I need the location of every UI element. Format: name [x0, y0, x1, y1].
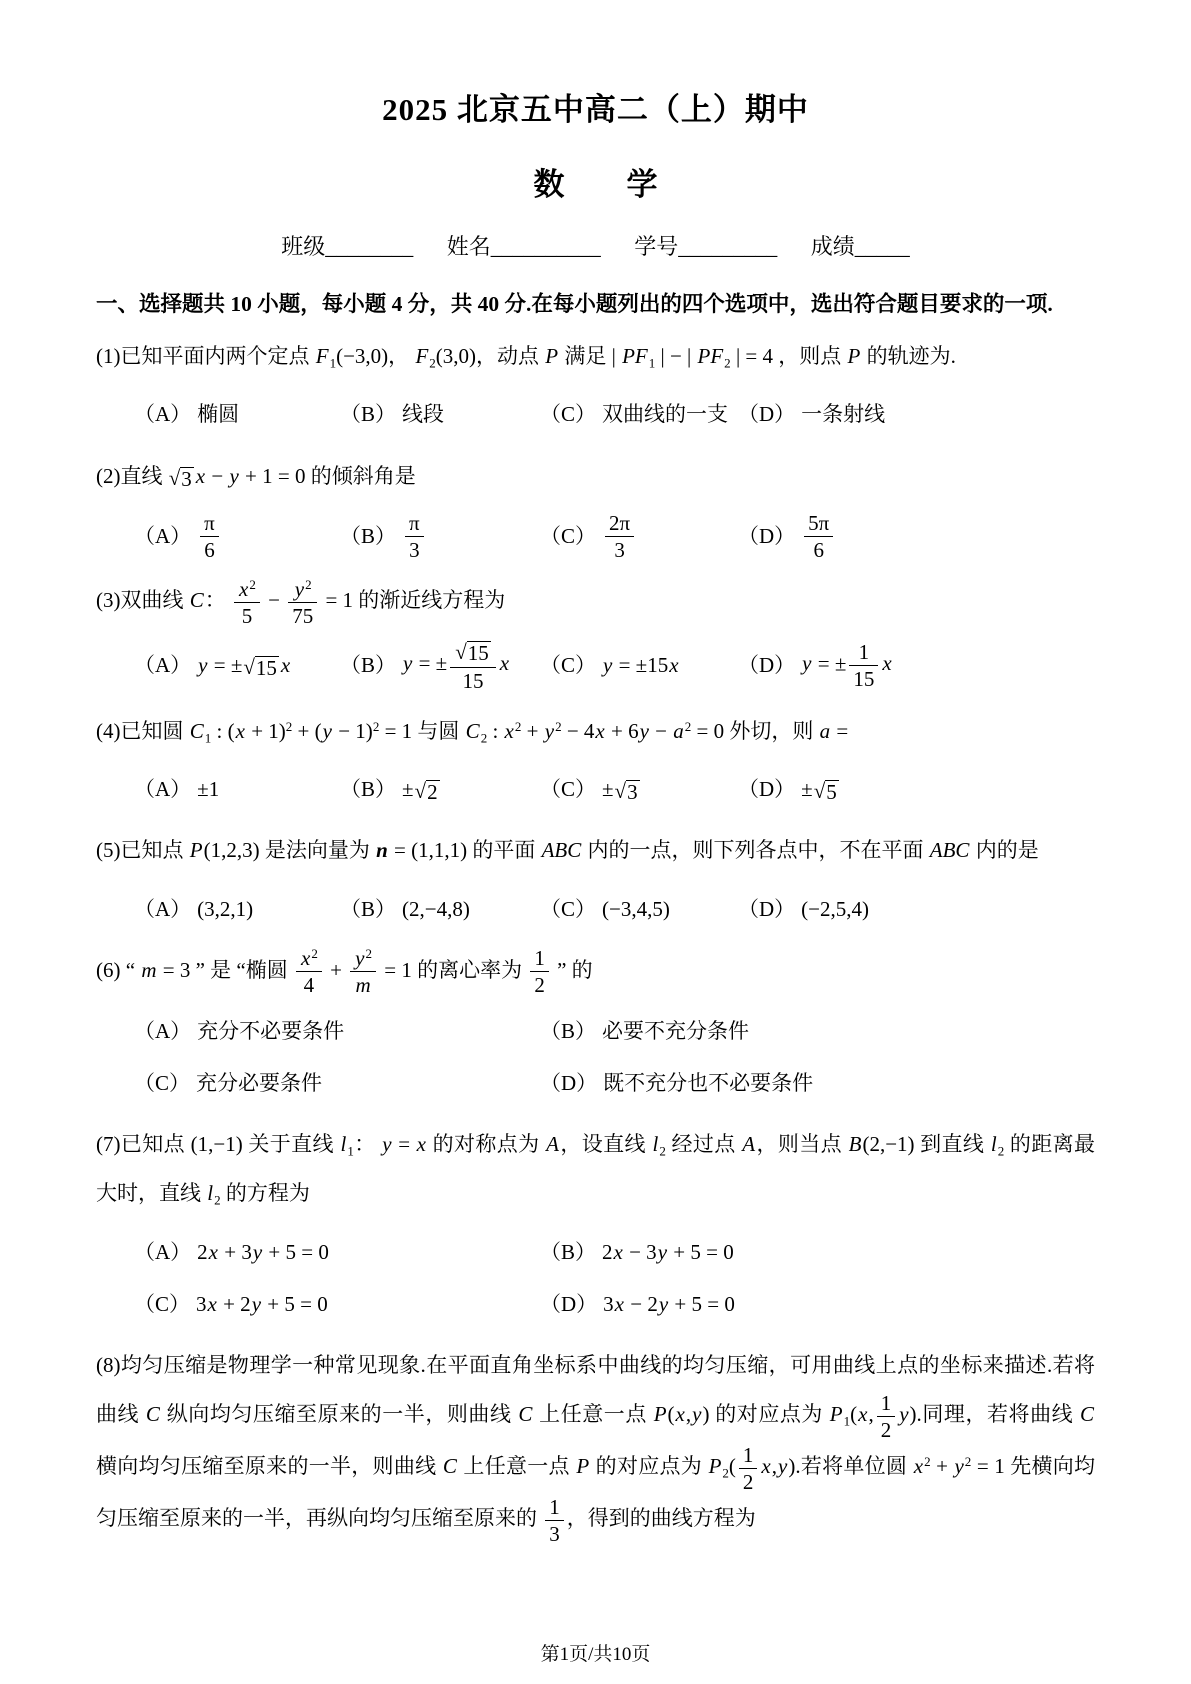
text-run: = 0 外切，则	[691, 719, 818, 743]
superscript: 2	[366, 946, 373, 961]
text-run: (	[729, 1454, 736, 1478]
math-variable: x	[280, 653, 291, 677]
superscript: 2	[311, 946, 318, 961]
question-6-option-a: （A）充分不必要条件	[134, 1008, 540, 1054]
math-variable: C	[465, 719, 481, 743]
option-label: （D）	[540, 1060, 597, 1106]
question-2-option-b: （B）π3	[340, 511, 540, 562]
math-variable: y	[544, 719, 555, 743]
math-variable: x	[614, 1292, 625, 1316]
math-variable: x	[416, 1132, 427, 1156]
math-variable: x	[675, 1402, 686, 1426]
option-content: 既不充分也不必要条件	[603, 1060, 813, 1106]
math-variable: x	[499, 651, 510, 675]
option-content: (3,2,1)	[197, 886, 253, 932]
math-variable: m	[355, 973, 372, 997]
score-label: 成绩	[811, 234, 855, 259]
text-run: (1,2,3) 是法向量为	[204, 838, 376, 862]
option-label: （D）	[738, 766, 795, 812]
math-variable: y	[898, 1402, 909, 1426]
text-run: 线段	[402, 402, 444, 426]
text-run: 2	[427, 780, 438, 804]
math-variable: B	[848, 1132, 863, 1156]
text-run: (2,−1) 到直线	[862, 1132, 989, 1156]
option-content: (−2,5,4)	[801, 886, 869, 932]
fraction-denominator: 2	[530, 972, 549, 997]
fraction-denominator: 4	[296, 972, 322, 997]
student-id-label: 学号	[634, 234, 678, 259]
question-3-option-d: （D）y = ±115x	[738, 638, 1095, 693]
option-label: （B）	[340, 391, 396, 437]
question-1-option-b: （B）线段	[340, 391, 540, 437]
text-run: ±1	[197, 777, 219, 801]
fraction-numerator: 1	[545, 1495, 564, 1521]
radical: √5	[814, 780, 839, 805]
text-run: 15	[256, 656, 277, 680]
text-run: 6	[813, 538, 824, 562]
fraction-numerator: y2	[288, 577, 317, 603]
text-run: =	[393, 1132, 416, 1156]
text-run: ±	[602, 777, 614, 801]
question-7-option-a: （A）2x + 3y + 5 = 0	[134, 1229, 540, 1275]
option-content: ±1	[197, 766, 219, 812]
question-6-option-d: （D）既不充分也不必要条件	[540, 1060, 1095, 1106]
text-run: 2	[743, 1470, 754, 1494]
radical: √15	[243, 656, 279, 681]
superscript: 2	[249, 577, 256, 592]
radicand: 15	[255, 656, 279, 681]
text-run: ,	[868, 1402, 873, 1426]
text-run: 2	[602, 1240, 613, 1264]
radical-sign: √	[615, 780, 627, 804]
math-variable: x	[668, 653, 679, 677]
text-run: 3	[627, 780, 638, 804]
option-label: （D）	[738, 391, 795, 437]
radical-sign: √	[455, 641, 467, 665]
fraction-numerator: π	[200, 511, 219, 537]
question-1: (1)已知平面内两个定点 F1(−3,0)， F2(3,0)，动点 P 满足 |…	[96, 332, 1095, 438]
question-3-option-b: （B）y = ±√1515x	[340, 638, 540, 693]
radical: √3	[615, 780, 640, 805]
math-variable: y	[658, 1292, 669, 1316]
question-6: (6) “ m = 3 ” 是 “椭圆 x24 + y2m = 1 的离心率为 …	[96, 946, 1095, 1106]
math-variable: PF	[621, 344, 649, 368]
fraction-numerator: 1	[849, 640, 878, 666]
question-5-option-b: （B）(2,−4,8)	[340, 886, 540, 932]
text-run: 椭圆	[197, 402, 239, 426]
question-5-option-a: （A）(3,2,1)	[134, 886, 340, 932]
text-run: + 5 = 0	[263, 1240, 329, 1264]
option-content: y = ±√1515x	[402, 638, 510, 693]
math-variable: a	[672, 719, 685, 743]
option-content: 2π3	[602, 511, 637, 562]
question-1-stem: (1)已知平面内两个定点 F1(−3,0)， F2(3,0)，动点 P 满足 |…	[96, 332, 1095, 381]
option-label: （A）	[134, 391, 191, 437]
option-content: ±√2	[402, 766, 441, 812]
question-7-option-d: （D）3x − 2y + 5 = 0	[540, 1281, 1095, 1327]
radical: √15	[455, 641, 491, 666]
math-variable: x	[613, 1240, 624, 1264]
question-2: (2)直线 √3x − y + 1 = 0 的倾斜角是（A）π6（B）π3（C）…	[96, 452, 1095, 563]
text-run: + 2	[218, 1292, 251, 1316]
fraction-numerator: 1	[530, 946, 549, 972]
math-variable: x	[504, 719, 515, 743]
fraction-numerator: 2π	[605, 511, 634, 537]
question-8-stem: (8)均匀压缩是物理学一种常见现象.在平面直角坐标系中曲线的均匀压缩，可用曲线上…	[96, 1341, 1095, 1546]
fraction: x25	[234, 577, 260, 628]
fraction-denominator: 3	[605, 537, 634, 562]
question-3-stem: (3)双曲线 C： x25 − y275 = 1 的渐近线方程为	[96, 576, 1095, 628]
option-label: （A）	[134, 642, 191, 688]
question-4: (4)已知圆 C1 : (x + 1)2 + (y − 1)2 = 1 与圆 C…	[96, 707, 1095, 813]
text-run: (6) “	[96, 958, 140, 982]
math-variable: x	[195, 464, 206, 488]
option-content: y = ±115x	[801, 640, 893, 691]
question-7-option-b: （B）2x − 3y + 5 = 0	[540, 1229, 1095, 1275]
fraction-denominator: m	[350, 972, 376, 997]
name-field: 姓名__________	[447, 230, 601, 261]
question-2-options: （A）π6（B）π3（C）2π3（D）5π6	[134, 511, 1095, 562]
text-run: 2π	[609, 511, 630, 535]
text-run: 75	[292, 604, 313, 628]
text-run: (4)已知圆	[96, 719, 189, 743]
text-run: 纵向均匀压缩至原来的一半，则曲线	[161, 1402, 517, 1426]
option-content: π6	[197, 511, 222, 562]
math-variable: a	[819, 719, 832, 743]
student-id-blank: _________	[678, 234, 777, 259]
math-variable: A	[545, 1132, 560, 1156]
radical-sign: √	[814, 780, 826, 804]
text-run: : (	[211, 719, 234, 743]
math-variable: P	[575, 1454, 590, 1478]
text-run: (	[668, 1402, 675, 1426]
question-1-option-a: （A）椭圆	[134, 391, 340, 437]
text-run: = ±	[813, 651, 847, 675]
text-run: (7)已知点 (1,−1) 关于直线	[96, 1132, 339, 1156]
option-content: 椭圆	[197, 391, 239, 437]
name-blank: __________	[491, 234, 601, 259]
math-variable: x	[207, 1292, 218, 1316]
math-variable: y	[228, 464, 239, 488]
question-5: (5)已知点 P(1,2,3) 是法向量为 n = (1,1,1) 的平面 AB…	[96, 826, 1095, 932]
math-variable: l	[990, 1132, 998, 1156]
question-2-option-d: （D）5π6	[738, 511, 1095, 562]
option-label: （B）	[340, 886, 396, 932]
text-run: 1	[549, 1495, 560, 1519]
math-variable: F	[414, 344, 429, 368]
text-run: ).若将单位圆	[788, 1454, 912, 1478]
questions-container: (1)已知平面内两个定点 F1(−3,0)， F2(3,0)，动点 P 满足 |…	[96, 332, 1095, 1546]
math-variable: P	[544, 344, 559, 368]
question-4-options: （A）±1（B）±√2（C）±√3（D）±√5	[134, 766, 1095, 812]
math-variable: x	[208, 1240, 219, 1264]
text-run: 的轨迹为.	[861, 344, 956, 368]
math-variable: C	[189, 719, 205, 743]
text-run: ，得到的曲线方程为	[567, 1506, 756, 1530]
fraction: 12	[739, 1443, 758, 1494]
question-4-option-b: （B）±√2	[340, 766, 540, 812]
section-one-instruction: 一、选择题共 10 小题，每小题 4 分，共 40 分.在每小题列出的四个选项中…	[96, 287, 1095, 318]
superscript: 2	[305, 577, 312, 592]
fraction-numerator: y2	[350, 946, 376, 972]
fraction-numerator: x2	[234, 577, 260, 603]
text-run: + 5 = 0	[262, 1292, 328, 1316]
text-run: −	[650, 719, 672, 743]
math-variable: y	[252, 1240, 263, 1264]
text-run: 一条射线	[801, 402, 885, 426]
text-run: (2)直线	[96, 464, 168, 488]
math-variable: x	[238, 577, 249, 601]
text-run: = 1 的离心率为	[379, 958, 527, 982]
text-run: 2	[881, 1418, 892, 1442]
math-variable: y	[294, 577, 305, 601]
radicand: 2	[426, 780, 440, 805]
question-6-option-b: （B）必要不充分条件	[540, 1008, 1095, 1054]
exam-page: 2025 北京五中高二（上）期中 数 学 班级________ 姓名______…	[0, 0, 1191, 1684]
option-content: 双曲线的一支	[602, 391, 728, 437]
text-run: + 5 = 0	[669, 1292, 735, 1316]
option-label: （D）	[738, 513, 795, 559]
option-content: 3x + 2y + 5 = 0	[196, 1281, 328, 1327]
fraction-denominator: 3	[545, 1521, 564, 1546]
option-content: 充分不必要条件	[197, 1008, 344, 1054]
math-vector: n	[375, 838, 389, 862]
text-run: − 2	[625, 1292, 658, 1316]
radicand: 3	[180, 467, 194, 492]
text-run: 3	[181, 467, 192, 491]
fraction-numerator: π	[405, 511, 424, 537]
radical-sign: √	[169, 467, 181, 491]
math-variable: x	[881, 651, 892, 675]
fraction-denominator: 2	[877, 1417, 896, 1442]
text-run: π	[409, 511, 420, 535]
text-run: = ±	[413, 651, 447, 675]
math-variable: P	[189, 838, 204, 862]
option-content: ±√3	[602, 766, 641, 812]
question-6-options: （A）充分不必要条件（B）必要不充分条件（C）充分必要条件（D）既不充分也不必要…	[134, 1008, 1095, 1106]
fraction: y2m	[350, 946, 376, 997]
fraction-numerator: 1	[877, 1391, 896, 1417]
text-run: = 3 ” 是 “椭圆	[157, 958, 293, 982]
text-run: ±	[402, 777, 414, 801]
fraction: 12	[877, 1391, 896, 1442]
fraction: √1515	[450, 638, 496, 693]
math-variable: y	[402, 651, 413, 675]
math-variable: y	[197, 653, 208, 677]
text-run: 充分必要条件	[196, 1071, 322, 1095]
option-label: （A）	[134, 886, 191, 932]
exam-title: 2025 北京五中高二（上）期中	[96, 84, 1095, 129]
text-run: (−2,5,4)	[801, 897, 869, 921]
fraction-denominator: 15	[450, 668, 496, 693]
option-label: （C）	[134, 1060, 190, 1106]
text-run: + 1)	[246, 719, 286, 743]
score-blank: _____	[855, 234, 910, 259]
math-variable: A	[741, 1132, 756, 1156]
text-run: π	[204, 511, 215, 535]
exam-subject: 数 学	[96, 159, 1095, 204]
text-run: = (1,1,1) 的平面	[389, 838, 541, 862]
text-run: 必要不充分条件	[602, 1019, 749, 1043]
math-variable: y	[251, 1292, 262, 1316]
radicand: 5	[825, 780, 839, 805]
text-run: 既不充分也不必要条件	[603, 1071, 813, 1095]
text-run: 6	[204, 538, 215, 562]
text-run: 15	[468, 641, 489, 665]
option-label: （A）	[134, 1229, 191, 1275]
text-run: 2	[197, 1240, 208, 1264]
option-content: y = ±15x	[602, 642, 680, 688]
question-3-option-a: （A）y = ±√15x	[134, 638, 340, 693]
text-run: 充分不必要条件	[197, 1019, 344, 1043]
fraction: 13	[545, 1495, 564, 1546]
question-8: (8)均匀压缩是物理学一种常见现象.在平面直角坐标系中曲线的均匀压缩，可用曲线上…	[96, 1341, 1095, 1546]
question-1-options: （A）椭圆（B）线段（C）双曲线的一支（D）一条射线	[134, 391, 1095, 437]
option-label: （B）	[340, 766, 396, 812]
question-2-option-c: （C）2π3	[540, 511, 738, 562]
text-run: + 6	[606, 719, 639, 743]
math-variable: x	[235, 719, 246, 743]
math-variable: y	[691, 1402, 702, 1426]
fraction-denominator: 6	[200, 537, 219, 562]
fraction-denominator: 2	[739, 1469, 758, 1494]
option-label: （B）	[540, 1229, 596, 1275]
text-run: | − |	[655, 344, 696, 368]
name-label: 姓名	[447, 234, 491, 259]
math-variable: P	[847, 344, 862, 368]
question-5-stem: (5)已知点 P(1,2,3) 是法向量为 n = (1,1,1) 的平面 AB…	[96, 826, 1095, 875]
math-variable: y	[777, 1454, 788, 1478]
math-variable: l	[206, 1181, 214, 1205]
question-6-option-c: （C）充分必要条件	[134, 1060, 540, 1106]
text-run: + (	[292, 719, 321, 743]
option-label: （C）	[540, 391, 596, 437]
text-run: (5)已知点	[96, 838, 189, 862]
option-label: （C）	[540, 886, 596, 932]
option-label: （D）	[738, 642, 795, 688]
text-run: 的对应点为	[590, 1454, 707, 1478]
option-label: （A）	[134, 1008, 191, 1054]
option-content: 2x − 3y + 5 = 0	[602, 1229, 734, 1275]
text-run: ，设直线	[560, 1132, 652, 1156]
text-run: −	[206, 464, 228, 488]
option-label: （C）	[540, 766, 596, 812]
question-7-option-c: （C）3x + 2y + 5 = 0	[134, 1281, 540, 1327]
fraction-denominator: 15	[849, 666, 878, 691]
math-variable: m	[140, 958, 157, 982]
fraction-denominator: 6	[804, 537, 833, 562]
text-run: | = 4 ，则点	[731, 344, 847, 368]
fraction: x24	[296, 946, 322, 997]
text-run: 5	[826, 780, 837, 804]
text-run: (3)双曲线	[96, 588, 189, 612]
option-label: （C）	[540, 642, 596, 688]
option-content: 5π6	[801, 511, 836, 562]
text-run: 4	[304, 973, 315, 997]
question-4-option-a: （A）±1	[134, 766, 340, 812]
option-content: 2x + 3y + 5 = 0	[197, 1229, 329, 1275]
math-variable: y	[602, 653, 613, 677]
text-run: +	[325, 958, 347, 982]
fraction: 5π6	[804, 511, 833, 562]
class-label: 班级	[281, 234, 325, 259]
text-run: ” 的	[552, 958, 593, 982]
text-run: 双曲线的一支	[602, 402, 728, 426]
math-variable: y	[322, 719, 333, 743]
question-1-option-c: （C）双曲线的一支	[540, 391, 738, 437]
question-7-stem: (7)已知点 (1,−1) 关于直线 l1： y = x 的对称点为 A，设直线…	[96, 1120, 1095, 1219]
fraction-numerator: 1	[739, 1443, 758, 1469]
text-run: 横向均匀压缩至原来的一半，则曲线	[96, 1454, 442, 1478]
math-variable: y	[354, 946, 365, 970]
text-run: 满足 |	[559, 344, 621, 368]
text-run: ).同理，若将曲线	[910, 1402, 1079, 1426]
text-run: = 1 与圆	[379, 719, 464, 743]
option-content: 一条射线	[801, 391, 885, 437]
fraction-numerator: 5π	[804, 511, 833, 537]
question-6-stem: (6) “ m = 3 ” 是 “椭圆 x24 + y2m = 1 的离心率为 …	[96, 946, 1095, 998]
radical-sign: √	[243, 656, 255, 680]
math-variable: y	[639, 719, 650, 743]
math-variable: PF	[697, 344, 725, 368]
option-label: （B）	[540, 1008, 596, 1054]
math-variable: x	[594, 719, 605, 743]
text-run: ：	[205, 588, 231, 612]
option-label: （B）	[340, 642, 396, 688]
option-content: 3x − 2y + 5 = 0	[603, 1281, 735, 1327]
math-variable: y	[381, 1132, 392, 1156]
question-3-option-c: （C）y = ±15x	[540, 638, 738, 693]
text-run: 上任意一点	[533, 1402, 652, 1426]
math-variable: P	[708, 1454, 723, 1478]
text-run: − 4	[562, 719, 595, 743]
question-7-options: （A）2x + 3y + 5 = 0（B）2x − 3y + 5 = 0（C）3…	[134, 1229, 1095, 1327]
student-id-field: 学号_________	[634, 230, 777, 261]
text-run: 的方程为	[221, 1181, 310, 1205]
math-variable: P	[653, 1402, 668, 1426]
question-4-option-c: （C）±√3	[540, 766, 738, 812]
text-run: (2,−4,8)	[402, 897, 470, 921]
text-run: :	[487, 719, 503, 743]
fraction: 115	[849, 640, 878, 691]
text-run: 1	[881, 1391, 892, 1415]
question-7: (7)已知点 (1,−1) 关于直线 l1： y = x 的对称点为 A，设直线…	[96, 1120, 1095, 1327]
math-variable: F	[315, 344, 330, 368]
text-run: (3,2,1)	[197, 897, 253, 921]
text-run: = 1 的渐近线方程为	[320, 588, 505, 612]
question-5-option-c: （C）(−3,4,5)	[540, 886, 738, 932]
text-run: + 5 = 0	[668, 1240, 734, 1264]
option-label: （A）	[134, 766, 191, 812]
option-content: 充分必要条件	[196, 1060, 322, 1106]
math-variable: ABC	[929, 838, 971, 862]
text-run: 内的是	[970, 838, 1038, 862]
radical: √3	[169, 467, 194, 492]
text-run: ±	[801, 777, 813, 801]
radical: √2	[415, 780, 440, 805]
math-variable: x	[300, 946, 311, 970]
math-variable: C	[145, 1402, 161, 1426]
math-variable: C	[189, 588, 205, 612]
class-field: 班级________	[281, 230, 413, 261]
text-run: 5	[242, 604, 253, 628]
text-run: (−3,0)，	[336, 344, 414, 368]
text-run: − 1)	[333, 719, 373, 743]
text-run: (3,0)，动点	[436, 344, 545, 368]
option-content: 线段	[402, 391, 444, 437]
fraction-numerator: x2	[296, 946, 322, 972]
math-variable: y	[657, 1240, 668, 1264]
